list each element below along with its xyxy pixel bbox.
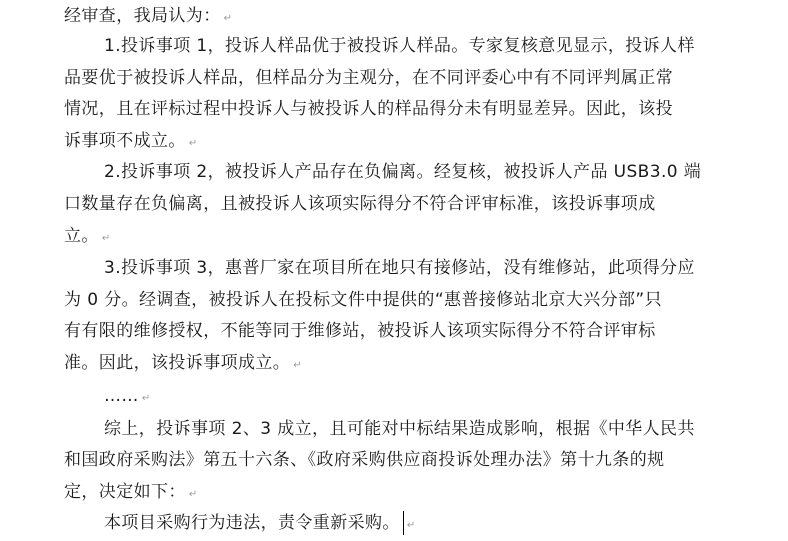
doc-line: 情况，且在评标过程中投诉人与被投诉人的样品得分未有明显差异。因此，该投 [64,93,673,125]
document-page[interactable]: 经审查，我局认为：↵ 1.投诉事项 1，投诉人样品优于被投诉人样品。专家复核意见… [0,0,788,541]
line-text: 诉事项不成立。 [64,131,186,151]
line-text: 口数量存在负偏离，且被投诉人该项实际得分不符合评审标准，该投诉事项成 [64,194,656,214]
line-text: 和国政府采购法》第五十六条、《政府采购供应商投诉处理办法》第十九条的规 [64,450,665,470]
paragraph-mark-icon: ↵ [142,383,151,415]
line-text: 立。 [64,226,99,246]
doc-line: 立。↵ [64,220,111,252]
doc-line: 为 0 分。经调查，被投诉人在投标文件中提供的“惠普接修站北京大兴分部”只 [64,284,662,316]
paragraph-mark-icon: ↵ [293,350,302,382]
doc-line: 经审查，我局认为：↵ [64,0,232,32]
doc-line: 2.投诉事项 2，被投诉人产品存在负偏离。经复核，被投诉人产品 USB3.0 端 [104,156,701,188]
line-text: 经审查，我局认为： [64,6,221,26]
line-text: 情况，且在评标过程中投诉人与被投诉人的样品得分未有明显差异。因此，该投 [64,99,673,119]
paragraph-mark-icon: ↵ [102,223,111,255]
line-text: 准。因此，该投诉事项成立。 [64,353,290,373]
line-text: 2.投诉事项 2，被投诉人产品存在负偏离。经复核，被投诉人产品 USB3.0 端 [104,162,701,182]
line-text: 为 0 分。经调查，被投诉人在投标文件中提供的“惠普接修站北京大兴分部”只 [64,290,662,310]
doc-line: 1.投诉事项 1，投诉人样品优于被投诉人样品。专家复核意见显示，投诉人样 [104,30,695,62]
doc-line: 口数量存在负偏离，且被投诉人该项实际得分不符合评审标准，该投诉事项成 [64,188,656,220]
doc-line: 诉事项不成立。↵ [64,125,198,157]
doc-line: 品要优于被投诉人样品，但样品分为主观分，在不同评委心中有不同评判属正常 [64,62,673,94]
line-text: 1.投诉事项 1，投诉人样品优于被投诉人样品。专家复核意见显示，投诉人样 [104,36,695,56]
doc-line: 有有限的维修授权，不能等同于维修站，被投诉人该项实际得分不符合评审标 [64,315,656,347]
text-cursor [403,511,404,535]
doc-line: ……↵ [104,380,151,412]
doc-line: 准。因此，该投诉事项成立。↵ [64,347,302,379]
line-text: 3.投诉事项 3，惠普厂家在项目所在地只有接修站，没有维修站，此项得分应 [104,258,695,278]
doc-line: 3.投诉事项 3，惠普厂家在项目所在地只有接修站，没有维修站，此项得分应 [104,252,695,284]
line-text: 本项目采购行为违法，责令重新采购。 [104,513,400,533]
line-text: 品要优于被投诉人样品，但样品分为主观分，在不同评委心中有不同评判属正常 [64,68,673,88]
doc-line: 综上，投诉事项 2、3 成立，且可能对中标结果造成影响，根据《中华人民共 [104,413,695,445]
doc-line: 定，决定如下：↵ [64,476,198,508]
line-text: 定，决定如下： [64,482,186,502]
doc-line: 本项目采购行为违法，责令重新采购。↵ [104,507,416,539]
line-text: …… [104,386,139,406]
line-text: 综上，投诉事项 2、3 成立，且可能对中标结果造成影响，根据《中华人民共 [104,419,695,439]
line-text: 有有限的维修授权，不能等同于维修站，被投诉人该项实际得分不符合评审标 [64,321,656,341]
doc-line: 和国政府采购法》第五十六条、《政府采购供应商投诉处理办法》第十九条的规 [64,444,665,476]
paragraph-mark-icon: ↵ [407,510,416,541]
